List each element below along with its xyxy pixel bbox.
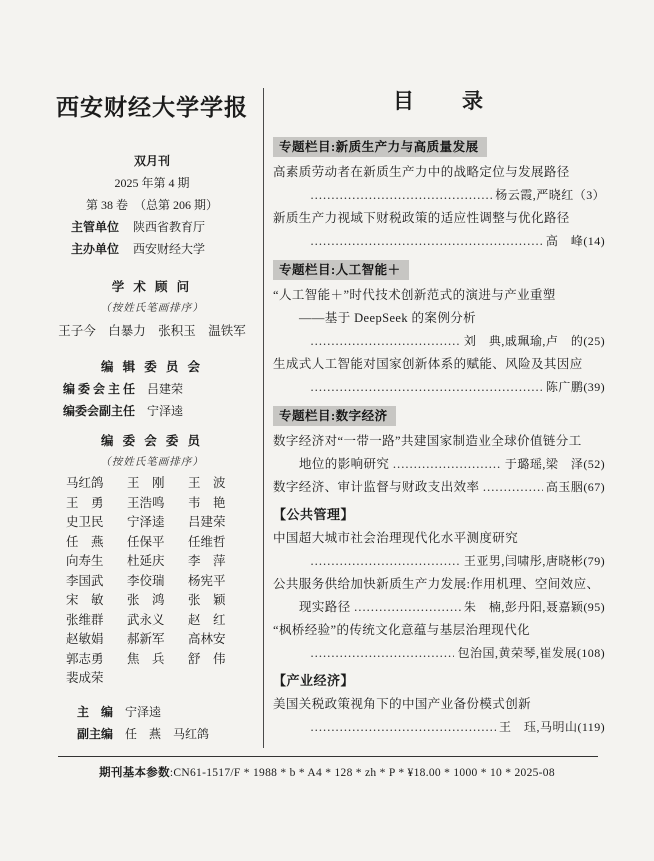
toc-line: 数字经济、审计监督与财政支出效率高玉胭(67) bbox=[273, 476, 605, 499]
board-member-row: 郭志勇焦 兵舒 伟 bbox=[66, 650, 238, 670]
board-member-row: 宋 敏张 鸿张 颖 bbox=[66, 591, 238, 611]
deputy-editor-value: 任 燕 马红鸽 bbox=[125, 723, 209, 745]
board-member-row: 任 燕任保平任维哲 bbox=[66, 533, 238, 553]
board-member-name: 张 鸿 bbox=[127, 591, 177, 611]
toc-article: “枫桥经验”的传统文化意蕴与基层治理现代化包治国,黄荣琴,崔发展(108) bbox=[273, 619, 605, 665]
board-member-name: 焦 兵 bbox=[127, 650, 177, 670]
board-member-name: 向寿生 bbox=[66, 552, 116, 572]
board-member-name: 杨宪平 bbox=[188, 572, 238, 592]
board-director-value: 吕建荣 bbox=[147, 378, 183, 400]
toc-line: 公共服务供给加快新质生产力发展:作用机理、空间效应、 bbox=[273, 573, 605, 596]
organizer-value: 西安财经大学 bbox=[133, 238, 205, 260]
article-title-text: 美国关税政策视角下的中国产业备份模式创新 bbox=[273, 693, 531, 716]
toc-line: 高素质劳动者在新质生产力中的战略定位与发展路径 bbox=[273, 161, 605, 184]
editorial-board-title: 编 辑 委 员 会 bbox=[46, 356, 258, 378]
board-member-name: 史卫民 bbox=[66, 513, 116, 533]
board-member-name: 裴成荣 bbox=[66, 669, 116, 689]
board-deputy-label: 编委会副主任 bbox=[63, 400, 135, 422]
dot-leader bbox=[392, 453, 502, 476]
toc-line: 刘 典,戚珮瑜,卢 的(25) bbox=[273, 330, 605, 353]
board-member-name: 郝新军 bbox=[127, 630, 177, 650]
board-member-row: 裴成荣 bbox=[66, 669, 238, 689]
article-page-number: (39) bbox=[583, 376, 605, 399]
organizer-row: 主办单位 西安财经大学 bbox=[71, 238, 233, 260]
article-title-text: “人工智能＋”时代技术创新范式的演进与产业重塑 bbox=[273, 284, 556, 307]
section-badge: 专题栏目:人工智能＋ bbox=[273, 260, 409, 280]
board-member-name: 吕建荣 bbox=[188, 513, 238, 533]
article-authors: 王 珏,马明山 bbox=[499, 716, 578, 739]
vertical-divider bbox=[263, 88, 264, 748]
toc-line: 高 峰(14) bbox=[273, 230, 605, 253]
toc-line: 新质生产力视域下财税政策的适应性调整与优化路径 bbox=[273, 207, 605, 230]
journal-title: 西安财经大学学报 bbox=[46, 92, 258, 124]
article-title-text: 现实路径 bbox=[299, 596, 351, 619]
chief-editor-row: 主 编 宁泽逵 bbox=[77, 701, 227, 723]
dot-leader bbox=[310, 550, 461, 573]
article-title-text: “枫桥经验”的传统文化意蕴与基层治理现代化 bbox=[273, 619, 530, 642]
toc-article: 新质生产力视域下财税政策的适应性调整与优化路径高 峰(14) bbox=[273, 207, 605, 253]
dot-leader bbox=[310, 642, 454, 665]
toc-line: ——基于 DeepSeek 的案例分析 bbox=[273, 307, 605, 330]
board-member-name: 马红鸽 bbox=[66, 474, 116, 494]
toc-line: “人工智能＋”时代技术创新范式的演进与产业重塑 bbox=[273, 284, 605, 307]
toc-sections: 专题栏目:新质生产力与高质量发展高素质劳动者在新质生产力中的战略定位与发展路径杨… bbox=[273, 130, 605, 739]
article-authors: 高 峰 bbox=[546, 230, 584, 253]
toc-article: “人工智能＋”时代技术创新范式的演进与产业重塑——基于 DeepSeek 的案例… bbox=[273, 284, 605, 353]
section-bracket-label: 【公共管理】 bbox=[273, 505, 605, 525]
toc-line: 数字经济对“一带一路”共建国家制造业全球价值链分工 bbox=[273, 430, 605, 453]
board-member-name: 王浩鸣 bbox=[127, 494, 177, 514]
board-member-name: 李 萍 bbox=[188, 552, 238, 572]
board-member-name: 杜延庆 bbox=[127, 552, 177, 572]
journal-parameters-label: 期刊基本参数 bbox=[99, 767, 170, 779]
toc-line: 杨云霞,严晓红（3） bbox=[273, 184, 605, 207]
deputy-editor-row: 副主编 任 燕 马红鸽 bbox=[77, 723, 227, 745]
dot-leader bbox=[354, 596, 461, 619]
board-member-row: 赵敏娟郝新军高林安 bbox=[66, 630, 238, 650]
supervisor-value: 陕西省教育厅 bbox=[133, 216, 205, 238]
article-page-number: (67) bbox=[583, 476, 605, 499]
journal-parameters-value: :CN61-1517/F * 1988 * b * A4 * 128 * zh … bbox=[170, 767, 555, 779]
board-member-name: 舒 伟 bbox=[188, 650, 238, 670]
supervisor-label: 主管单位 bbox=[71, 216, 119, 238]
toc-article: 数字经济对“一带一路”共建国家制造业全球价值链分工地位的影响研究于璐瑶,梁 泽(… bbox=[273, 430, 605, 476]
toc-line: 王 珏,马明山(119) bbox=[273, 716, 605, 739]
board-member-name: 赵敏娟 bbox=[66, 630, 116, 650]
board-member-name: 任保平 bbox=[127, 533, 177, 553]
board-member-row: 李国武李佼瑞杨宪平 bbox=[66, 572, 238, 592]
section-badge: 专题栏目:新质生产力与高质量发展 bbox=[273, 137, 487, 157]
board-member-name: 任维哲 bbox=[188, 533, 238, 553]
article-title-text: 中国超大城市社会治理现代化水平测度研究 bbox=[273, 527, 518, 550]
toc-line: 包治国,黄荣琴,崔发展(108) bbox=[273, 642, 605, 665]
toc-article: 公共服务供给加快新质生产力发展:作用机理、空间效应、现实路径朱 楠,彭丹阳,聂嘉… bbox=[273, 573, 605, 619]
toc-line: 陈广鹏(39) bbox=[273, 376, 605, 399]
toc-column: 目 录 专题栏目:新质生产力与高质量发展高素质劳动者在新质生产力中的战略定位与发… bbox=[273, 88, 605, 739]
journal-toc-page: 西安财经大学学报 双月刊 2025 年第 4 期 第 38 卷 （总第 206 … bbox=[0, 0, 654, 861]
section-bracket-label: 【产业经济】 bbox=[273, 671, 605, 691]
article-page-number: (95) bbox=[583, 596, 605, 619]
toc-article: 数字经济、审计监督与财政支出效率高玉胭(67) bbox=[273, 476, 605, 499]
journal-parameters: 期刊基本参数:CN61-1517/F * 1988 * b * A4 * 128… bbox=[0, 764, 654, 780]
section-badge: 专题栏目:数字经济 bbox=[273, 406, 396, 426]
issue-number: 2025 年第 4 期 bbox=[46, 172, 258, 194]
board-member-row: 马红鸽王 刚王 波 bbox=[66, 474, 238, 494]
dot-leader bbox=[310, 230, 543, 253]
article-title-text: 高素质劳动者在新质生产力中的战略定位与发展路径 bbox=[273, 161, 570, 184]
organizer-label: 主办单位 bbox=[71, 238, 119, 260]
article-title-text: 数字经济、审计监督与财政支出效率 bbox=[273, 476, 479, 499]
board-members-grid: 马红鸽王 刚王 波王 勇王浩鸣韦 艳史卫民宁泽逵吕建荣任 燕任保平任维哲向寿生杜… bbox=[46, 474, 258, 689]
members-title: 编 委 会 委 员 bbox=[46, 430, 258, 452]
toc-line: 中国超大城市社会治理现代化水平测度研究 bbox=[273, 527, 605, 550]
toc-line: 生成式人工智能对国家创新体系的赋能、风险及其因应 bbox=[273, 353, 605, 376]
chief-editor-value: 宁泽逵 bbox=[125, 701, 161, 723]
article-authors: 杨云霞,严晓红 bbox=[495, 184, 574, 207]
board-member-name: 郭志勇 bbox=[66, 650, 116, 670]
board-member-row: 张维群武永义赵 红 bbox=[66, 611, 238, 631]
article-authors: 包治国,黄荣琴,崔发展 bbox=[457, 642, 577, 665]
article-page-number: (119) bbox=[577, 716, 605, 739]
article-title-text: ——基于 DeepSeek 的案例分析 bbox=[299, 307, 476, 330]
article-page-number: (25) bbox=[583, 330, 605, 353]
article-title-text: 地位的影响研究 bbox=[299, 453, 389, 476]
dot-leader bbox=[310, 330, 461, 353]
footer-rule bbox=[58, 756, 598, 757]
left-masthead-column: 西安财经大学学报 双月刊 2025 年第 4 期 第 38 卷 （总第 206 … bbox=[46, 92, 258, 745]
toc-title: 目 录 bbox=[273, 88, 605, 114]
board-member-row: 向寿生杜延庆李 萍 bbox=[66, 552, 238, 572]
volume-info: 第 38 卷 （总第 206 期） bbox=[46, 194, 258, 216]
board-member-name: 李佼瑞 bbox=[127, 572, 177, 592]
deputy-editor-label: 副主编 bbox=[77, 723, 113, 745]
article-page-number: (52) bbox=[583, 453, 605, 476]
board-member-row: 王 勇王浩鸣韦 艳 bbox=[66, 494, 238, 514]
article-authors: 于璐瑶,梁 泽 bbox=[505, 453, 584, 476]
board-member-name: 王 刚 bbox=[127, 474, 177, 494]
dot-leader bbox=[482, 476, 542, 499]
members-sort-note: （按姓氏笔画排序） bbox=[46, 452, 258, 474]
board-member-name: 宁泽逵 bbox=[127, 513, 177, 533]
dot-leader bbox=[310, 184, 492, 207]
board-member-name: 王 波 bbox=[188, 474, 238, 494]
advisors-names: 王子今 白暴力 张积玉 温铁军 bbox=[46, 320, 258, 342]
article-title-text: 新质生产力视域下财税政策的适应性调整与优化路径 bbox=[273, 207, 570, 230]
article-authors: 陈广鹏 bbox=[546, 376, 584, 399]
article-page-number: (79) bbox=[583, 550, 605, 573]
board-member-name: 赵 红 bbox=[188, 611, 238, 631]
board-member-name: 王 勇 bbox=[66, 494, 116, 514]
frequency-label: 双月刊 bbox=[46, 150, 258, 172]
board-member-name: 宋 敏 bbox=[66, 591, 116, 611]
toc-line: 现实路径朱 楠,彭丹阳,聂嘉颖(95) bbox=[273, 596, 605, 619]
board-member-name: 张 颖 bbox=[188, 591, 238, 611]
advisors-sort-note: （按姓氏笔画排序） bbox=[46, 298, 258, 320]
toc-article: 美国关税政策视角下的中国产业备份模式创新王 珏,马明山(119) bbox=[273, 693, 605, 739]
board-director-label: 编 委 会 主 任 bbox=[63, 378, 135, 400]
toc-article: 中国超大城市社会治理现代化水平测度研究王亚男,闫啸彤,唐晓彬(79) bbox=[273, 527, 605, 573]
board-member-name bbox=[188, 669, 238, 689]
article-page-number: (108) bbox=[577, 642, 605, 665]
article-page-number: (14) bbox=[583, 230, 605, 253]
board-director-row: 编 委 会 主 任 吕建荣 bbox=[63, 378, 241, 400]
article-title-text: 数字经济对“一带一路”共建国家制造业全球价值链分工 bbox=[273, 430, 582, 453]
board-member-name: 李国武 bbox=[66, 572, 116, 592]
board-member-name: 张维群 bbox=[66, 611, 116, 631]
article-title-text: 生成式人工智能对国家创新体系的赋能、风险及其因应 bbox=[273, 353, 583, 376]
board-member-name bbox=[127, 669, 177, 689]
board-deputy-value: 宁泽逵 bbox=[147, 400, 183, 422]
article-authors: 高玉胭 bbox=[546, 476, 584, 499]
supervisor-row: 主管单位 陕西省教育厅 bbox=[71, 216, 233, 238]
toc-line: 地位的影响研究于璐瑶,梁 泽(52) bbox=[273, 453, 605, 476]
article-authors: 王亚男,闫啸彤,唐晓彬 bbox=[464, 550, 584, 573]
toc-line: 王亚男,闫啸彤,唐晓彬(79) bbox=[273, 550, 605, 573]
toc-line: “枫桥经验”的传统文化意蕴与基层治理现代化 bbox=[273, 619, 605, 642]
dot-leader bbox=[310, 376, 543, 399]
toc-article: 高素质劳动者在新质生产力中的战略定位与发展路径杨云霞,严晓红（3） bbox=[273, 161, 605, 207]
board-member-name: 高林安 bbox=[188, 630, 238, 650]
board-member-name: 任 燕 bbox=[66, 533, 116, 553]
article-page-number: （3） bbox=[574, 184, 605, 207]
article-title-text: 公共服务供给加快新质生产力发展:作用机理、空间效应、 bbox=[273, 573, 599, 596]
board-member-name: 武永义 bbox=[127, 611, 177, 631]
article-authors: 朱 楠,彭丹阳,聂嘉颖 bbox=[464, 596, 584, 619]
chief-editor-label: 主 编 bbox=[77, 701, 113, 723]
board-member-name: 韦 艳 bbox=[188, 494, 238, 514]
advisors-title: 学 术 顾 问 bbox=[46, 276, 258, 298]
board-deputy-row: 编委会副主任 宁泽逵 bbox=[63, 400, 241, 422]
board-member-row: 史卫民宁泽逵吕建荣 bbox=[66, 513, 238, 533]
toc-line: 美国关税政策视角下的中国产业备份模式创新 bbox=[273, 693, 605, 716]
dot-leader bbox=[310, 716, 496, 739]
article-authors: 刘 典,戚珮瑜,卢 的 bbox=[464, 330, 584, 353]
toc-article: 生成式人工智能对国家创新体系的赋能、风险及其因应陈广鹏(39) bbox=[273, 353, 605, 399]
